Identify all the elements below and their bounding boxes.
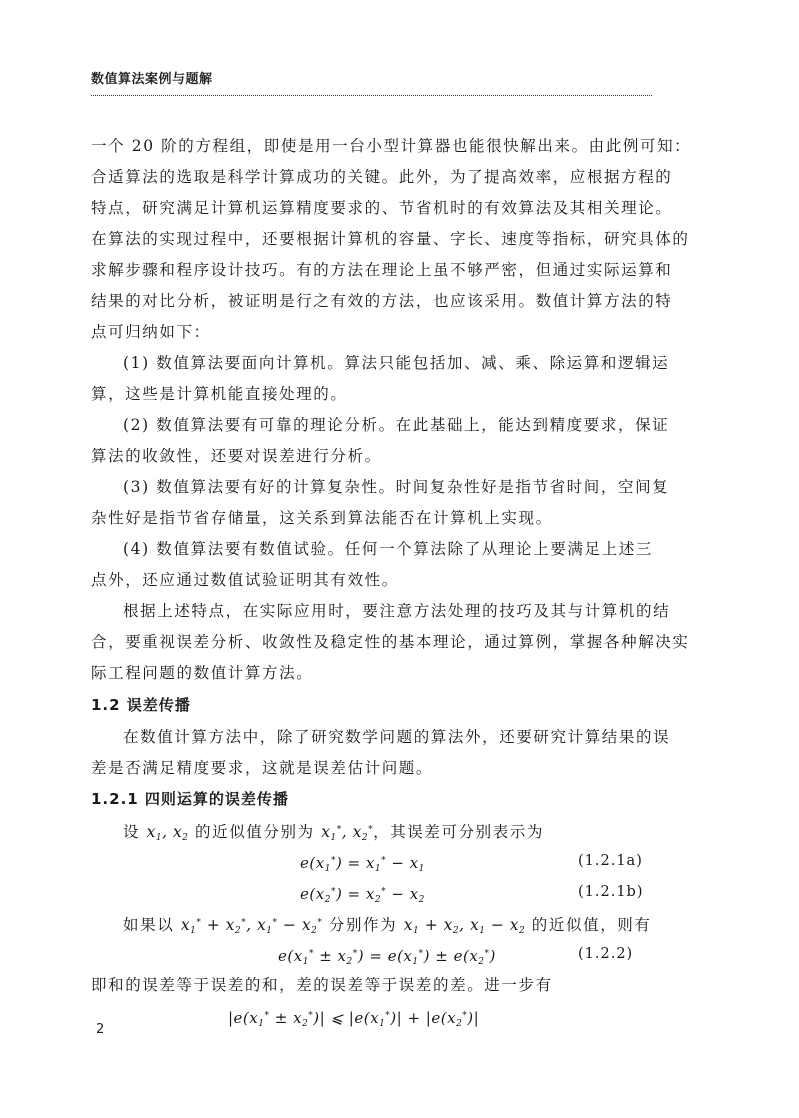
list-item-4: (4) 数值算法要有数值试验。任何一个算法除了从理论上要满足上述三 [123, 534, 653, 565]
list-item-1-cont: 算，这些是计算机能直接处理的。 [91, 379, 348, 410]
text-line-condition: 如果以 x1* + x2*, x1* − x2* 分别作为 x1 + x2, x… [123, 908, 652, 939]
text-line-definition: 设 x1, x2 的近似值分别为 x1*, x2*，其误差可分别表示为 [123, 815, 544, 846]
math-approx-sum-diff: x1* + x2*, x1* − x2* [181, 916, 322, 934]
text-fragment: 的近似值分别为 [188, 823, 321, 841]
text-fragment: 分别作为 [322, 916, 403, 934]
list-item-2: (2) 数值算法要有可靠的理论分析。在此基础上，能达到精度要求，保证 [123, 410, 653, 441]
equation-number-1-2-2: (1.2.2) [578, 939, 633, 970]
running-head-title: 数值算法案例与题解 [91, 68, 213, 87]
list-item-1: (1) 数值算法要面向计算机。算法只能包括加、减、乘、除运算和逻辑运 [123, 348, 653, 379]
text-line: 差是否满足精度要求，这就是误差估计问题。 [91, 753, 433, 784]
text-line: 际工程问题的数值计算方法。 [91, 658, 313, 689]
text-line: 一个 20 阶的方程组，即使是用一台小型计算器也能很快解出来。由此例可知： [91, 131, 653, 162]
text-line: 特点，研究满足计算机运算精度要求的、节省机时的有效算法及其相关理论。 [91, 193, 653, 224]
text-line: 点可归纳如下： [91, 317, 211, 348]
equation-error-bound: |e(x1* ± x2*)| ⩽ |e(x1*)| + |e(x2*)| [228, 1001, 479, 1040]
text-line: 即和的误差等于误差的和，差的误差等于误差的差。进一步有 [91, 970, 553, 1001]
list-item-4-cont: 点外，还应通过数值试验证明其有效性。 [91, 565, 399, 596]
text-fragment: 的近似值，则有 [525, 916, 651, 934]
list-item-3: (3) 数值算法要有好的计算复杂性。时间复杂性好是指节省时间，空间复 [123, 472, 653, 503]
text-line: 在数值计算方法中，除了研究数学问题的算法外，还要研究计算结果的误 [123, 722, 653, 753]
equation-number-1-2-1a: (1.2.1a) [578, 846, 643, 877]
section-heading-1-2-1: 1.2.1 四则运算的误差传播 [91, 784, 289, 815]
list-item-3-cont: 杂性好是指节省存储量，这关系到算法能否在计算机上实现。 [91, 503, 553, 534]
page-number: 2 [96, 1022, 104, 1037]
document-page: 数值算法案例与题解 一个 20 阶的方程组，即使是用一台小型计算器也能很快解出来… [0, 0, 799, 1118]
text-line: 在算法的实现过程中，还要根据计算机的容量、字长、速度等指标，研究具体的 [91, 224, 653, 255]
text-fragment: ，其误差可分别表示为 [373, 823, 544, 841]
text-line: 合适算法的选取是科学计算成功的关键。此外，为了提高效率，应根据方程的 [91, 162, 653, 193]
text-line: 合，要重视误差分析、收敛性及稳定性的基本理论，通过算例，掌握各种解决实 [91, 627, 653, 658]
text-line: 结果的对比分析，被证明是行之有效的方法，也应该采用。数值计算方法的特 [91, 286, 653, 317]
text-line: 根据上述特点，在实际应用时，要注意方法处理的技巧及其与计算机的结 [123, 596, 653, 627]
text-fragment: 如果以 [123, 916, 181, 934]
math-exact-sum-diff: x1 + x2, x1 − x2 [404, 916, 525, 934]
math-x1-x2: x1, x2 [147, 823, 189, 841]
text-line: 求解步骤和程序设计技巧。有的方法在理论上虽不够严密，但通过实际运算和 [91, 255, 653, 286]
text-fragment: 设 [123, 823, 147, 841]
list-item-2-cont: 算法的收敛性，还要对误差进行分析。 [91, 441, 382, 472]
math-x1star-x2star: x1*, x2* [321, 823, 373, 841]
equation-number-1-2-1b: (1.2.1b) [578, 877, 644, 908]
header-dotted-rule [91, 95, 652, 96]
section-heading-1-2: 1.2 误差传播 [91, 690, 191, 721]
